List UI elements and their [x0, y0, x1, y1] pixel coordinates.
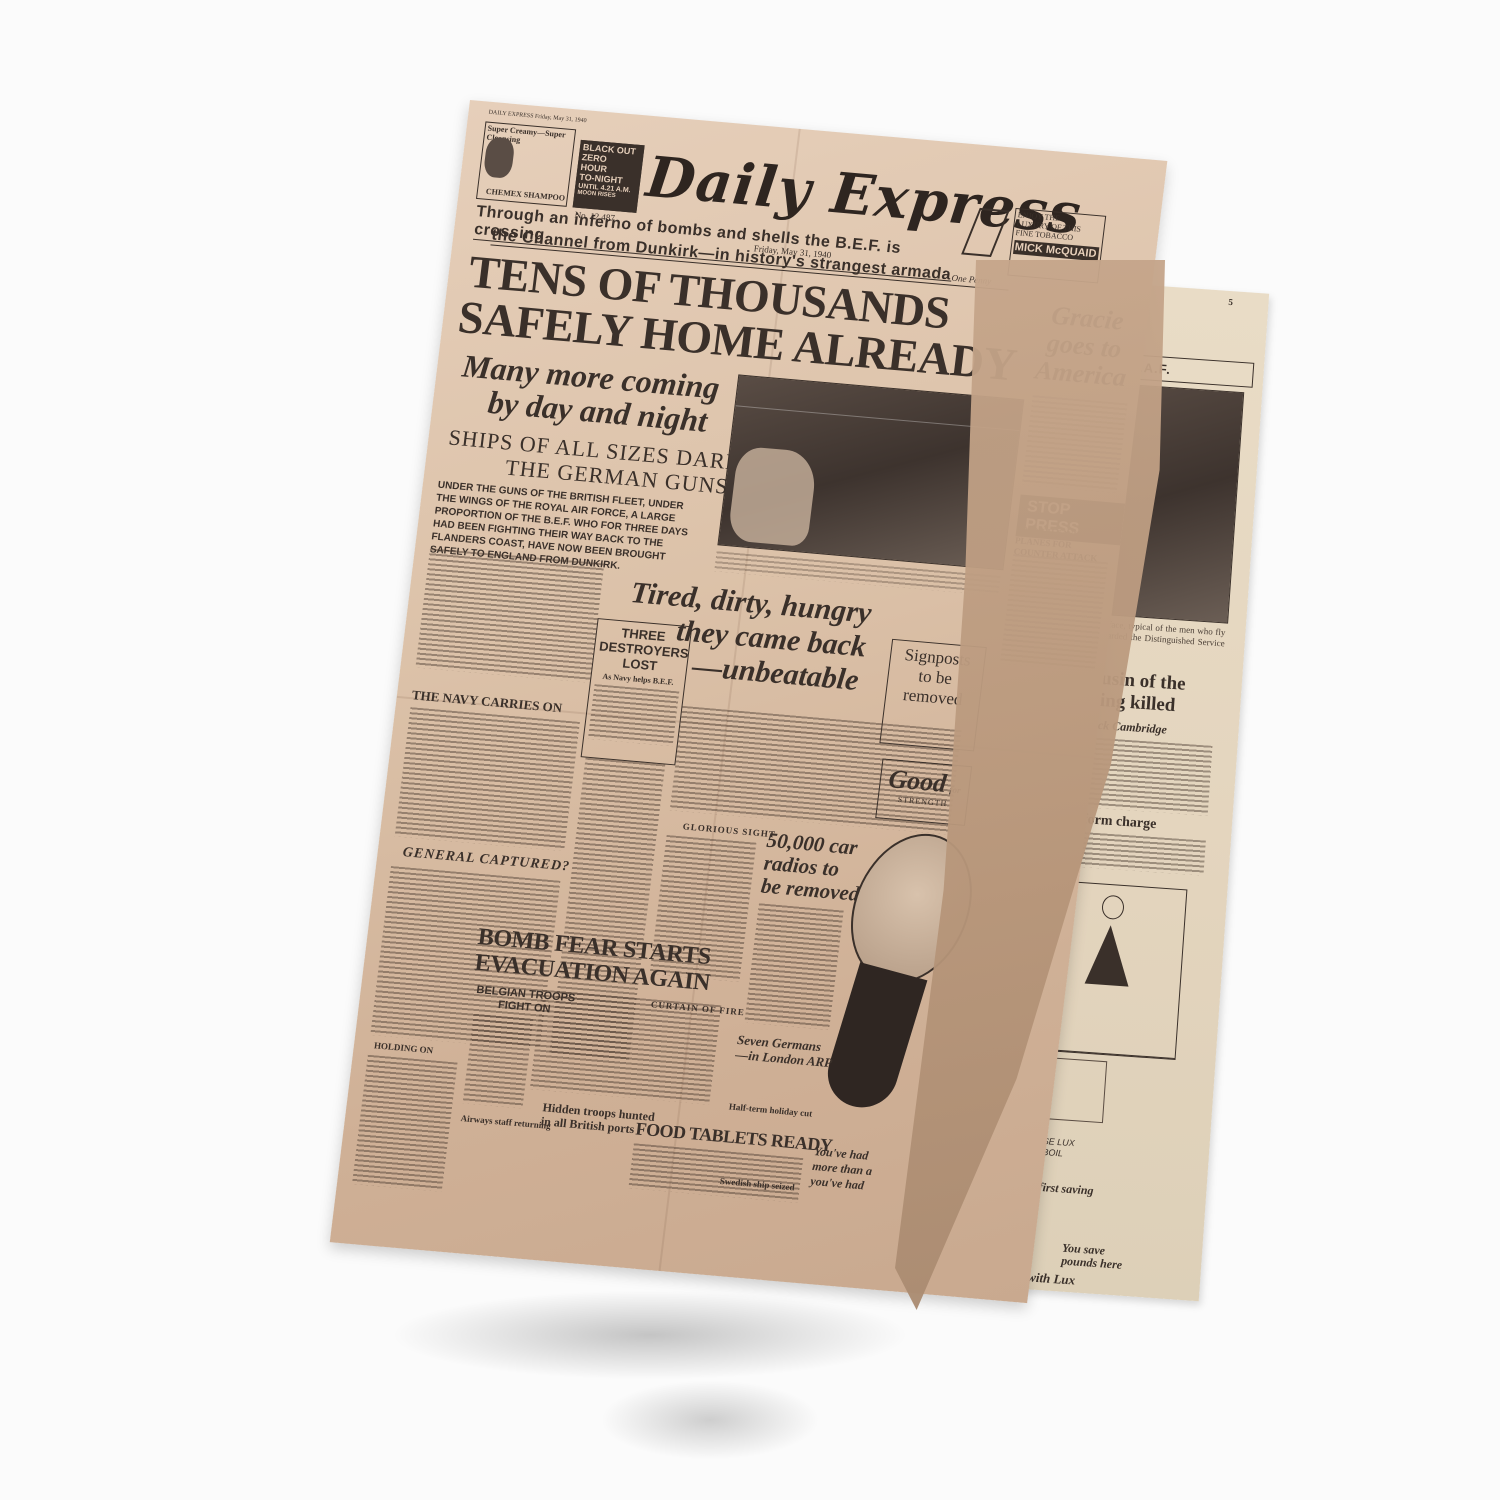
- belgian-body: [463, 1014, 534, 1109]
- crusader-emblem: [959, 199, 1006, 262]
- airways-head: Airways staff returning: [460, 1113, 551, 1131]
- subhead: Many more coming by day and night: [456, 348, 721, 438]
- navy-body: [395, 707, 580, 851]
- paper-shadow: [390, 1290, 910, 1380]
- three-destroyers-box: THREE DESTROYERS LOST As Navy helps B.E.…: [581, 618, 693, 765]
- paper-shadow: [600, 1380, 820, 1460]
- woman-illustration: [1075, 893, 1143, 1017]
- radios-headline: 50,000 car radios to be removed: [760, 829, 867, 906]
- you-save-head: You save pounds here: [1061, 1242, 1124, 1272]
- shampoo-ad: Super Creamy—Super Cleansing CHEMEX SHAM…: [476, 121, 576, 206]
- good-ad-footer: You've had more than a you've had: [810, 1144, 875, 1194]
- food-body: [628, 1143, 803, 1203]
- seven-germans-head: Seven Germans —in London ARP: [735, 1032, 835, 1070]
- lead-body: [415, 548, 604, 682]
- page-number: 5: [1228, 297, 1233, 307]
- half-term-head: Half-term holiday cut: [728, 1101, 812, 1118]
- blackout-box: BLACK OUT ZERO HOUR TO-NIGHT UNTIL 4.21 …: [573, 140, 645, 213]
- radios-body: [744, 903, 843, 1030]
- holding-on-head: HOLDING ON: [373, 1040, 433, 1055]
- holding-body: [352, 1055, 458, 1192]
- egg-cup-illustration: [819, 962, 927, 1115]
